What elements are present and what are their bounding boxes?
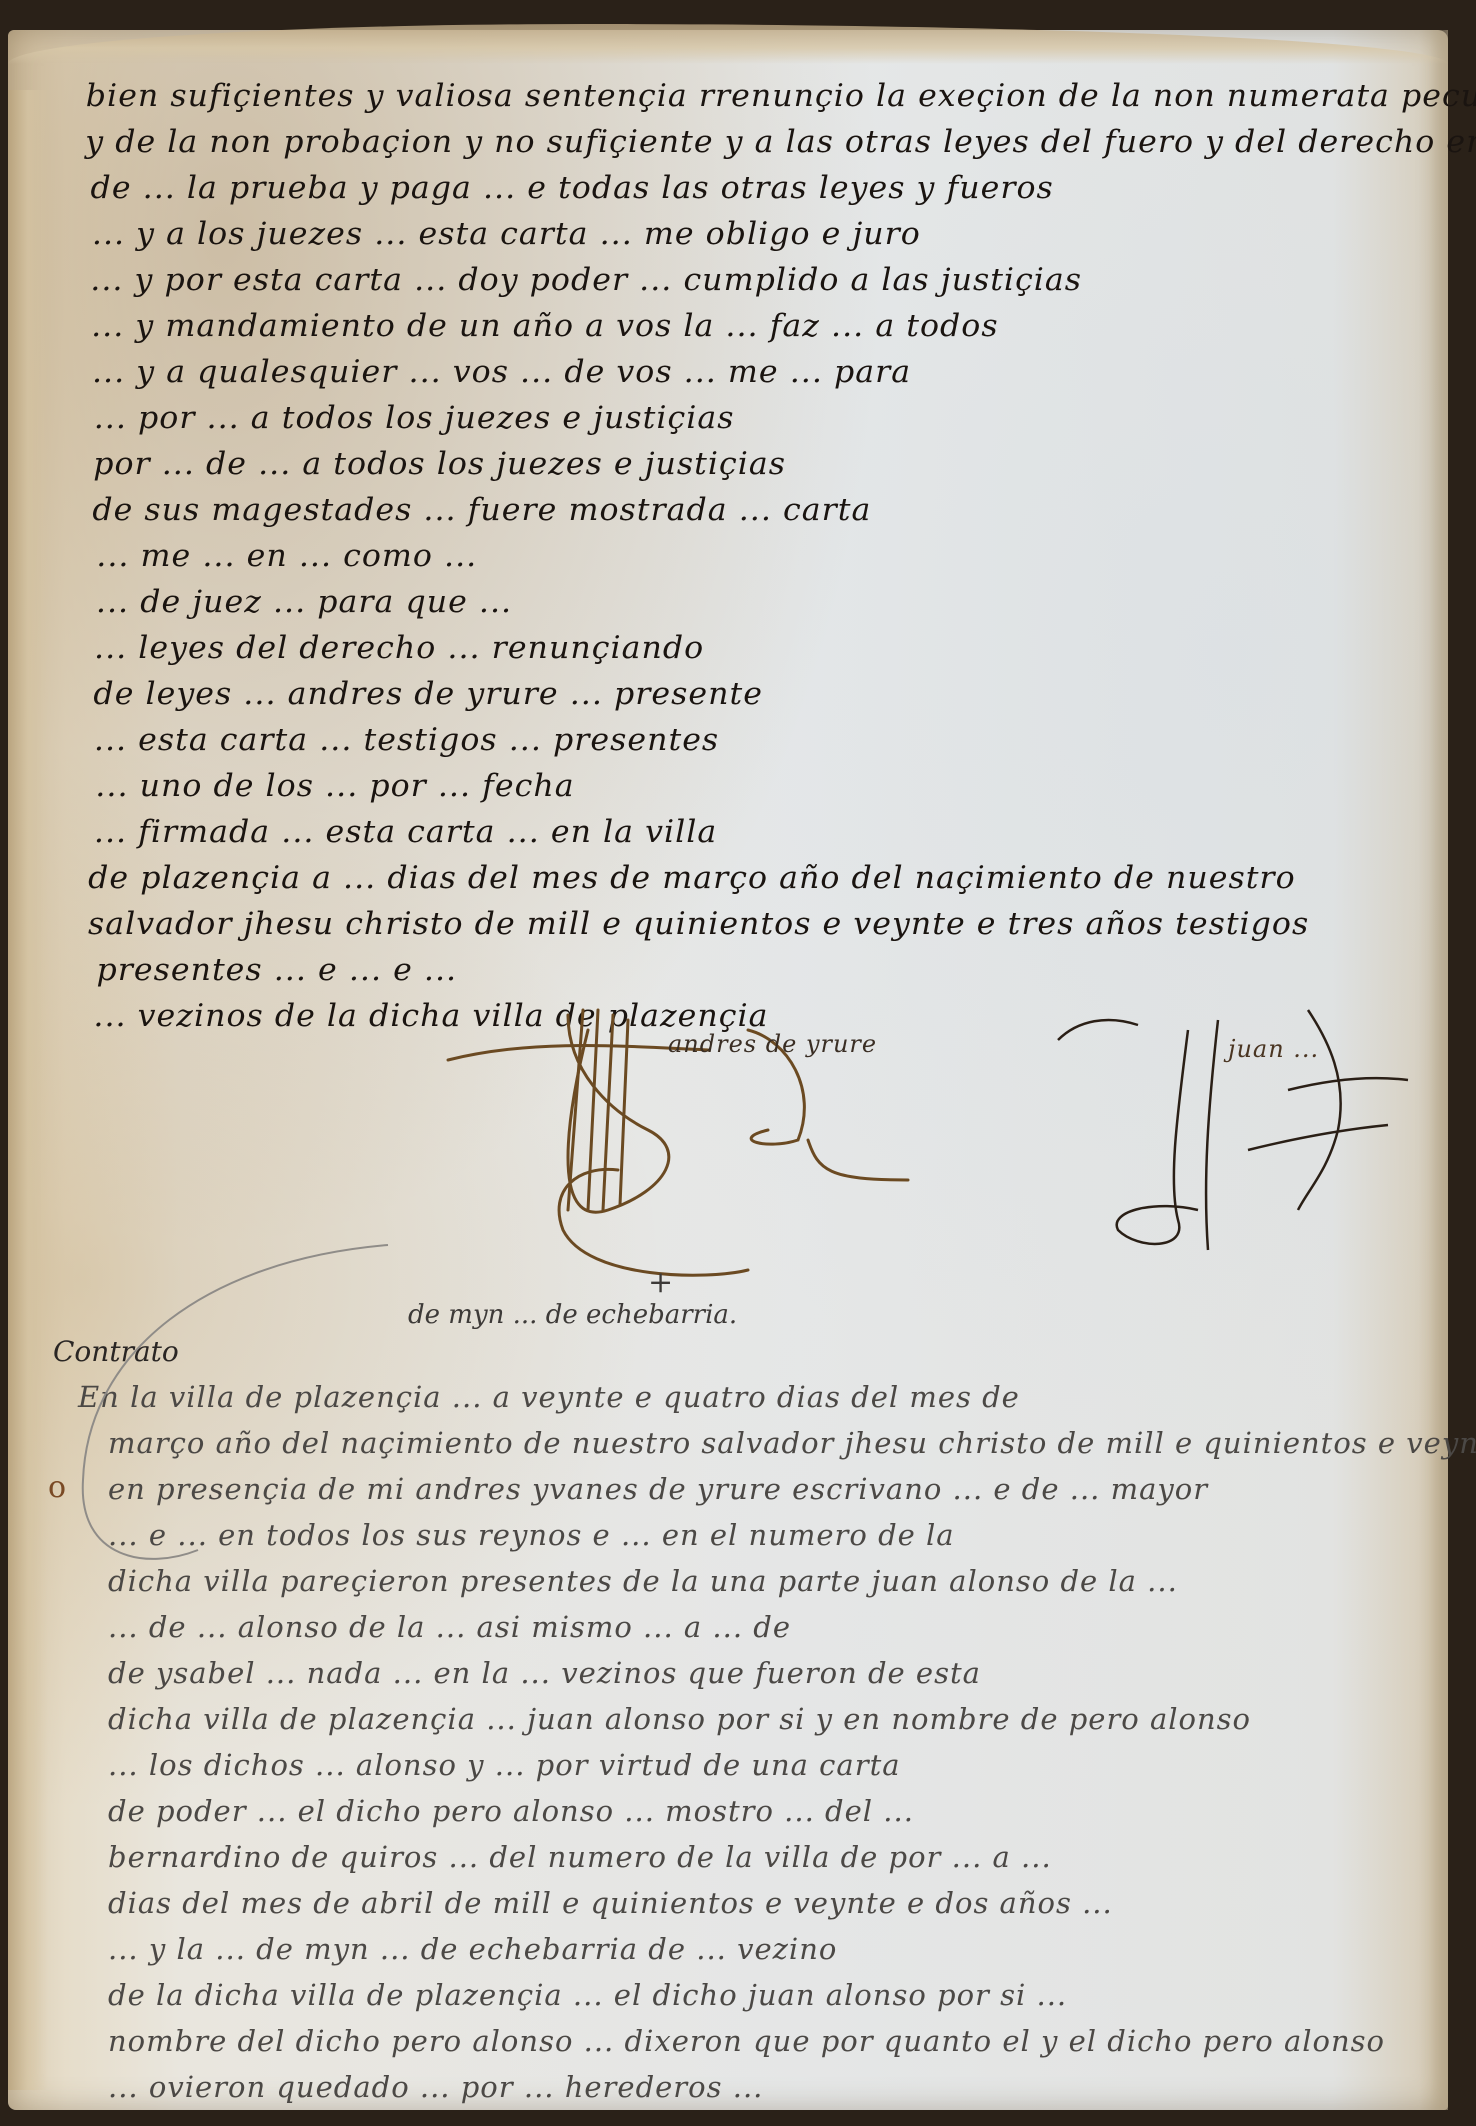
margin-circle-flourish [8,30,1448,2110]
manuscript-page: bien sufiçientes y valiosa sentençia rre… [8,30,1448,2110]
